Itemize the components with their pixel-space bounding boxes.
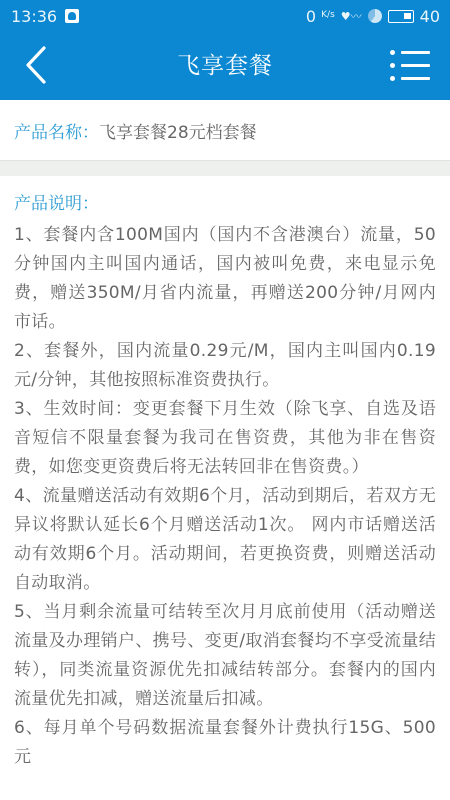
nav-bar: 飞享套餐 <box>0 32 450 100</box>
net-speed: 0 K/s <box>306 7 335 26</box>
product-name-value: 飞享套餐28元档套餐 <box>99 118 257 143</box>
signal-4g-icon <box>368 9 382 23</box>
product-description: 产品说明： 1、套餐内含100M国内（国内不含港澳台）流量，50分钟国内主叫国内… <box>0 176 450 800</box>
back-button[interactable] <box>18 42 54 88</box>
description-item: 1、套餐内含100M国内（国内不含港澳台）流量，50分钟国内主叫国内通话，国内被… <box>14 221 436 337</box>
status-bar: 13:36 0 K/s ♥〰 40 <box>0 0 450 32</box>
net-speed-value: 0 <box>306 7 316 26</box>
wifi-icon: ♥〰 <box>341 8 362 24</box>
description-item: 6、每月单个号码数据流量套餐外计费执行15G、500元 <box>14 714 436 772</box>
app-header: 13:36 0 K/s ♥〰 40 飞享套餐 <box>0 0 450 100</box>
list-menu-icon <box>390 77 432 80</box>
list-menu-icon <box>390 64 432 67</box>
status-time: 13:36 <box>11 7 57 26</box>
battery-icon <box>388 10 414 23</box>
section-divider <box>0 161 450 176</box>
description-item: 2、套餐外，国内流量0.29元/M，国内主叫国内0.19元/分钟，其他按照标准资… <box>14 337 436 395</box>
product-name-row: 产品名称： 飞享套餐28元档套餐 <box>0 100 450 161</box>
product-name-label: 产品名称： <box>14 118 99 143</box>
menu-button[interactable] <box>386 42 436 88</box>
chevron-left-icon <box>24 45 48 85</box>
qq-icon <box>65 9 79 23</box>
status-right: 0 K/s ♥〰 40 <box>306 7 440 26</box>
list-menu-icon <box>390 51 432 54</box>
status-left: 13:36 <box>11 7 79 26</box>
net-speed-unit: K/s <box>321 10 335 20</box>
description-title: 产品说明： <box>14 190 436 218</box>
description-item: 4、流量赠送活动有效期6个月，活动到期后，若双方无异议将默认延长6个月赠送活动1… <box>14 482 436 598</box>
description-item: 3、生效时间：变更套餐下月生效（除飞享、自选及语音短信不限量套餐为我司在售资费，… <box>14 395 436 482</box>
battery-level: 40 <box>420 7 440 26</box>
description-item: 5、当月剩余流量可结转至次月月底前使用（活动赠送流量及办理销户、携号、变更/取消… <box>14 598 436 714</box>
page-title: 飞享套餐 <box>0 32 450 100</box>
